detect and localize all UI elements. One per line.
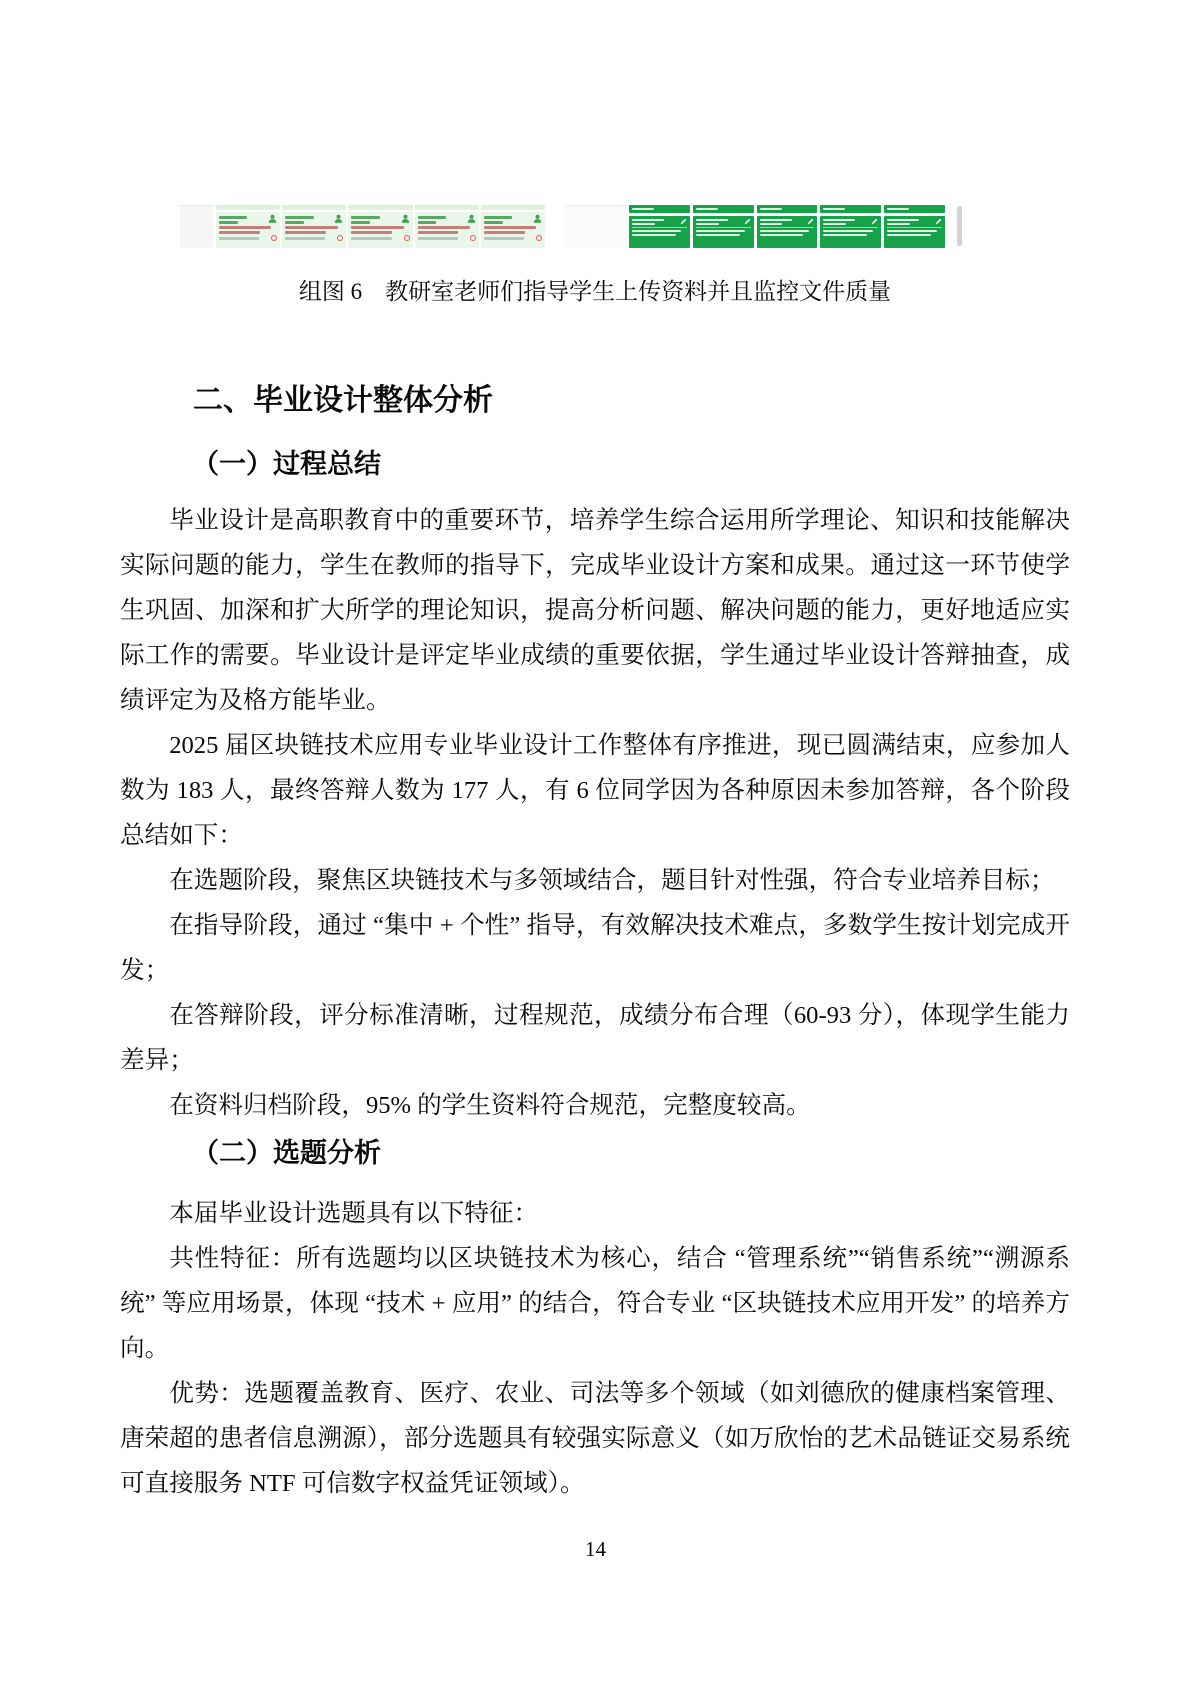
card-header-strip	[884, 205, 945, 213]
card-body	[216, 212, 280, 248]
thumbnail-sidebar-margin	[180, 205, 213, 248]
scrollbar	[957, 206, 962, 246]
paragraph-overview: 毕业设计是高职教育中的重要环节，培养学生综合运用所学理论、知识和技能解决实际问题…	[120, 498, 1070, 723]
screenshot-student-upload-panel	[180, 205, 545, 248]
card-header-strip	[629, 205, 690, 213]
card-body	[481, 212, 545, 248]
alert-icon	[470, 235, 476, 241]
edit-icon	[680, 218, 687, 225]
alert-icon	[271, 235, 277, 241]
thumbnail-sidebar-margin	[565, 205, 629, 248]
edit-icon	[871, 218, 878, 225]
paragraph-advantages: 优势：选题覆盖教育、医疗、农业、司法等多个领域（如刘德欣的健康档案管理、唐荣超的…	[120, 1371, 1070, 1506]
card-header-strip	[415, 205, 479, 210]
card-body	[693, 216, 754, 248]
card-header-strip	[348, 205, 412, 210]
student-record-card	[415, 205, 479, 248]
paragraph-features-intro: 本届毕业设计选题具有以下特征：	[120, 1191, 1070, 1236]
paragraph-topic-stage: 在选题阶段，聚焦区块链技术与多领域结合，题目针对性强，符合专业培养目标；	[120, 858, 1070, 903]
card-body	[415, 212, 479, 248]
paragraph-archive-stage: 在资料归档阶段，95% 的学生资料符合规范，完整度较高。	[120, 1083, 1070, 1128]
card-body	[820, 216, 881, 248]
card-header-strip	[216, 205, 280, 210]
card-body	[348, 212, 412, 248]
card-header-strip	[820, 205, 881, 213]
student-record-card	[348, 205, 412, 248]
monitor-card-column	[629, 205, 690, 248]
user-icon	[533, 214, 542, 223]
card-body	[757, 216, 818, 248]
paragraph-defense-stage: 在答辩阶段，评分标准清晰，过程规范，成绩分布合理（60-93 分），体现学生能力…	[120, 993, 1070, 1083]
alert-icon	[536, 235, 542, 241]
monitor-card-column	[820, 205, 881, 248]
card-header-strip	[282, 205, 346, 210]
monitor-card-column	[693, 205, 754, 248]
subsection-heading-process-summary: （一）过程总结	[120, 448, 1070, 480]
student-record-card	[282, 205, 346, 248]
edit-icon	[935, 218, 942, 225]
monitor-card-list	[629, 205, 945, 248]
document-text: 组图 6 教研室老师们指导学生上传资料并且监控文件质量 二、毕业设计整体分析 （…	[120, 278, 1070, 1506]
student-card-list	[213, 205, 545, 248]
student-record-card	[481, 205, 545, 248]
edit-icon	[744, 218, 751, 225]
monitor-card-column	[757, 205, 818, 248]
document-page: 组图 6 教研室老师们指导学生上传资料并且监控文件质量 二、毕业设计整体分析 （…	[0, 0, 1191, 1684]
user-icon	[401, 214, 410, 223]
monitor-card-column	[884, 205, 945, 248]
user-icon	[268, 214, 277, 223]
student-record-card	[216, 205, 280, 248]
card-body	[282, 212, 346, 248]
card-body	[884, 216, 945, 248]
figure-group	[180, 205, 962, 248]
alert-icon	[404, 235, 410, 241]
card-header-strip	[757, 205, 818, 213]
figure-caption: 组图 6 教研室老师们指导学生上传资料并且监控文件质量	[120, 278, 1070, 305]
paragraph-common-features: 共性特征：所有选题均以区块链技术为核心，结合 “管理系统”“销售系统”“溯源系统…	[120, 1236, 1070, 1371]
paragraph-statistics: 2025 届区块链技术应用专业毕业设计工作整体有序推进，现已圆满结束，应参加人数…	[120, 723, 1070, 858]
user-icon	[334, 214, 343, 223]
subsection-heading-topic-analysis: （二）选题分析	[120, 1137, 1070, 1169]
card-body	[629, 216, 690, 248]
page-number: 14	[0, 1537, 1191, 1562]
alert-icon	[337, 235, 343, 241]
user-icon	[467, 214, 476, 223]
screenshot-file-monitor-panel	[565, 205, 945, 248]
edit-icon	[807, 218, 814, 225]
card-header-strip	[693, 205, 754, 213]
section-heading: 二、毕业设计整体分析	[120, 383, 1070, 419]
card-header-strip	[481, 205, 545, 210]
paragraph-guidance-stage: 在指导阶段，通过 “集中 + 个性” 指导，有效解决技术难点，多数学生按计划完成…	[120, 903, 1070, 993]
